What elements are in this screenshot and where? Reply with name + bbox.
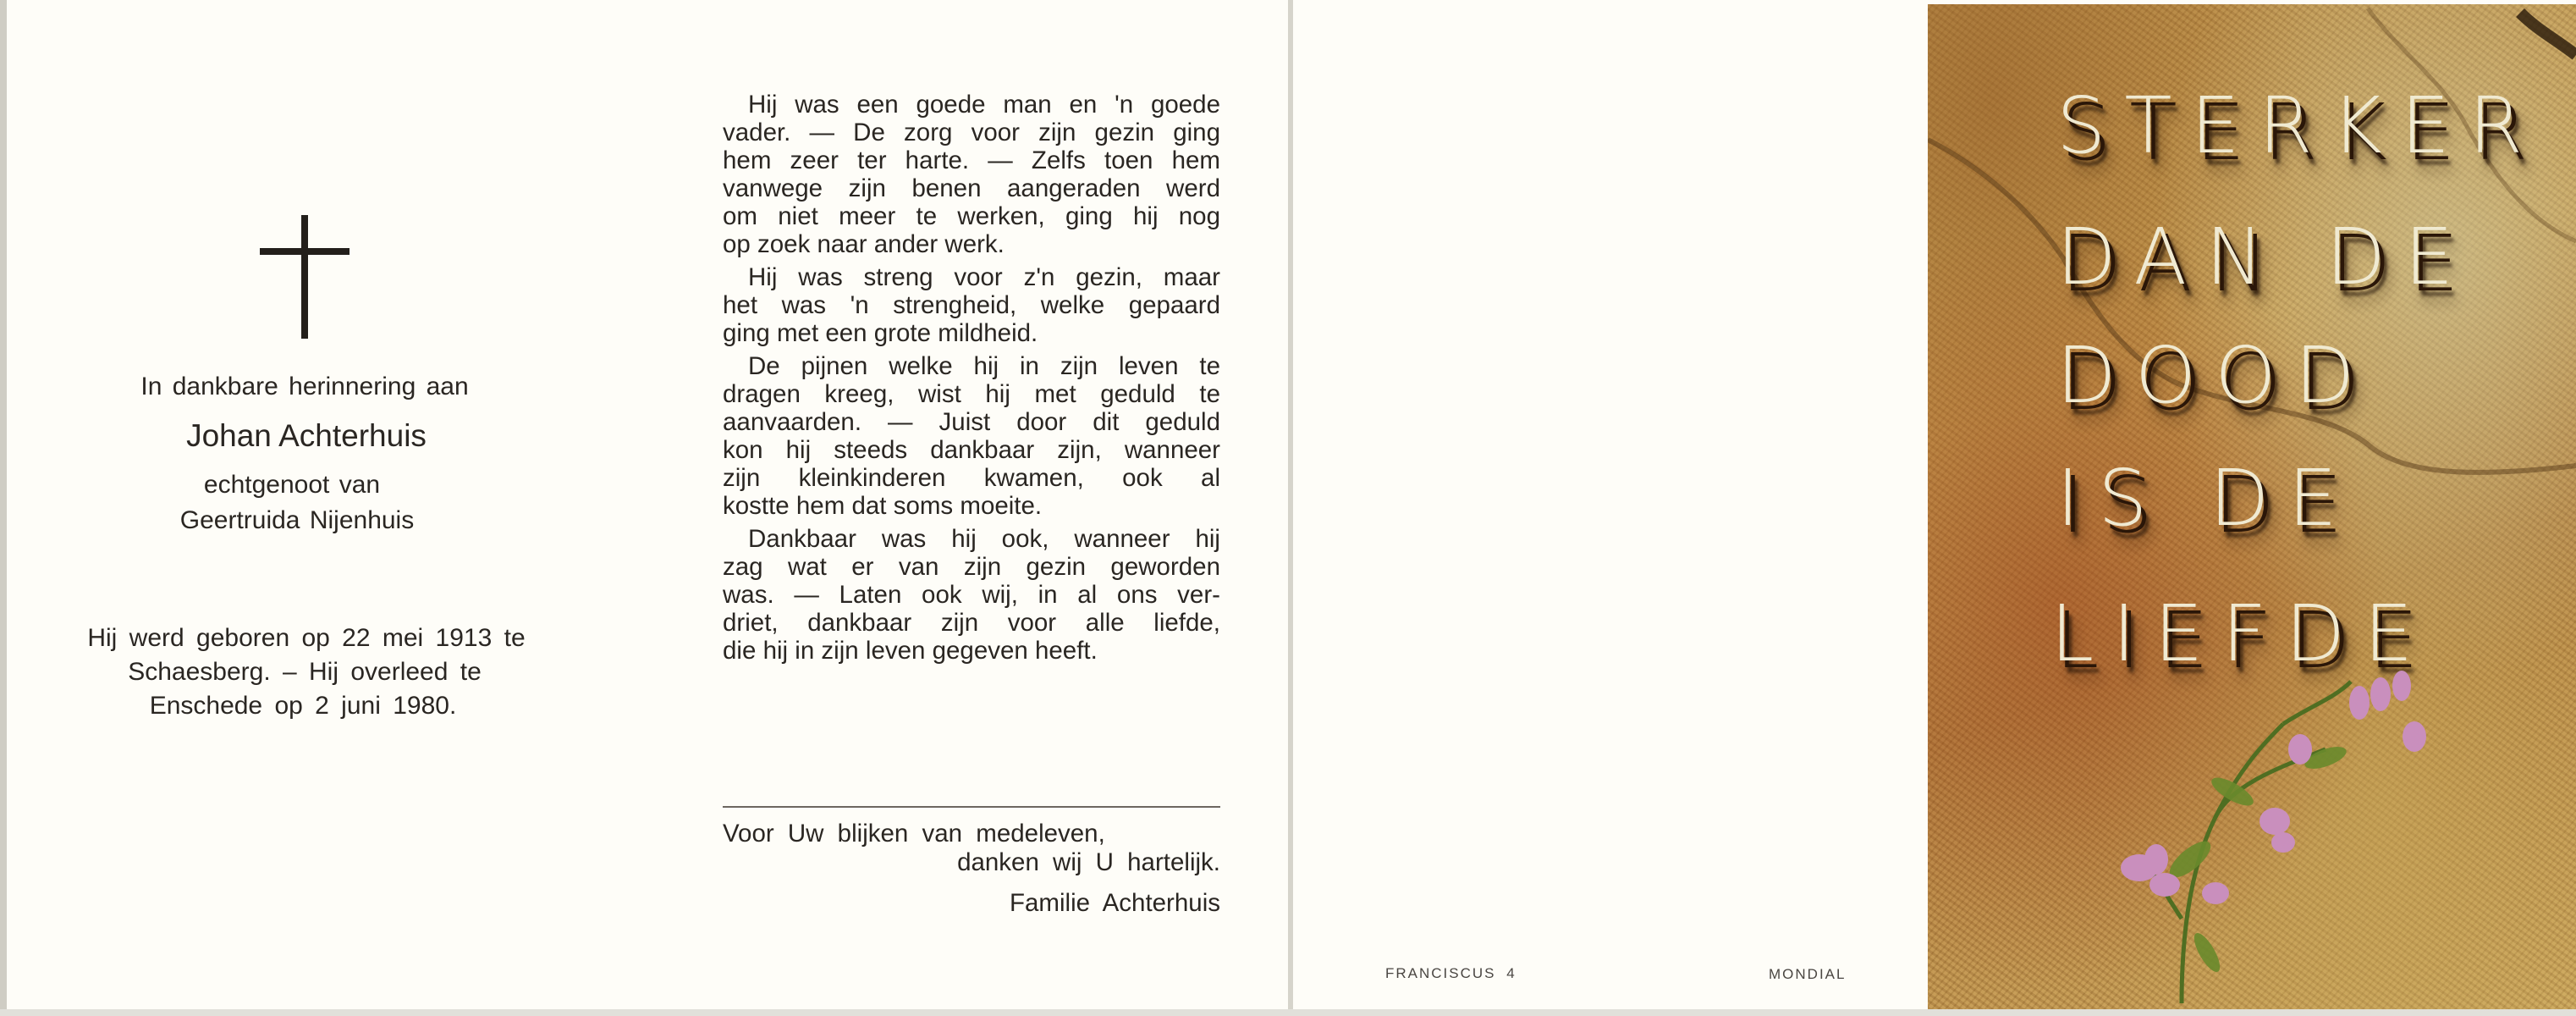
publisher-name: MONDIAL [1769,966,1846,983]
eulogy-line: vanwege zijn benen aangeraden werd [723,174,1220,202]
thanks-line: Voor Uw blijken van medeleven, [723,820,1105,848]
eulogy-line: kon hij steeds dankbaar zijn, wanneer [723,436,1220,464]
spouse-name: Geertruida Nijenhuis [0,506,602,535]
cross-icon-bar [260,248,350,255]
intro-text: In dankbare herinnering aan [0,373,609,401]
eulogy-line: op zoek naar ander werk. [723,230,1220,258]
family-signature: Familie Achterhuis [1010,889,1220,918]
eulogy-line: aanvaarden. — Juist door dit geduld [723,408,1220,436]
eulogy-line: het was 'n strengheid, welke gepaard [723,291,1220,319]
divider-rule [723,806,1220,808]
thanks-line: danken wij U hartelijk. [957,848,1220,877]
deceased-name: Johan Achterhuis [2,418,611,454]
eulogy-paragraph: De pijnen welke hij in zijn leven te dra… [723,352,1220,520]
eulogy-line: Dankbaar was hij ook, wanneer hij [723,525,1220,553]
eulogy-paragraph: Hij was een goede man en 'n goede vader.… [723,91,1220,258]
cover-photo: STERKER DAN DE DOOD IS DE LIEFDE [1928,4,2576,1009]
eulogy-line: om niet meer te werken, ging hij nog [723,202,1220,230]
eulogy-line: was. — Laten ook wij, in al ons ver- [723,581,1220,609]
eulogy-line: driet, dankbaar zijn voor alle liefde, [723,609,1220,637]
eulogy-line: vader. — De zorg voor zijn gezin ging [723,119,1220,146]
birth-line: Schaesberg. – Hij overleed te [0,655,611,689]
eulogy-line: kostte hem dat soms moeite. [723,492,1220,520]
birth-death-text: Hij werd geboren op 22 mei 1913 te Schae… [2,621,611,723]
cross-icon [301,215,308,339]
spouse-label: echtgenoot van [0,471,597,500]
scan-bottom-edge [0,1009,2576,1016]
flowers-icon [1928,4,2576,1009]
eulogy-line: zijn kleinkinderen kwamen, ook al [723,464,1220,492]
eulogy-line: De pijnen welke hij in zijn leven te [723,352,1220,380]
eulogy-line: zag wat er van zijn gezin geworden [723,553,1220,581]
eulogy-line: ging met een grote mildheid. [723,319,1220,347]
eulogy-text: Hij was een goede man en 'n goede vader.… [723,91,1220,670]
eulogy-line: die hij in zijn leven gegeven heeft. [723,637,1220,665]
birth-line: Hij werd geboren op 22 mei 1913 te [2,621,611,655]
eulogy-line: Hij was streng voor z'n gezin, maar [723,263,1220,291]
eulogy-line: Hij was een goede man en 'n goede [723,91,1220,119]
eulogy-line: dragen kreeg, wist hij met geduld te [723,380,1220,408]
birth-line: Enschede op 2 juni 1980. [0,689,611,723]
publisher-series: FRANCISCUS 4 [1385,965,1516,982]
eulogy-paragraph: Hij was streng voor z'n gezin, maar het … [723,263,1220,347]
eulogy-line: hem zeer ter harte. — Zelfs toen hem [723,146,1220,174]
eulogy-paragraph: Dankbaar was hij ook, wanneer hij zag wa… [723,525,1220,665]
